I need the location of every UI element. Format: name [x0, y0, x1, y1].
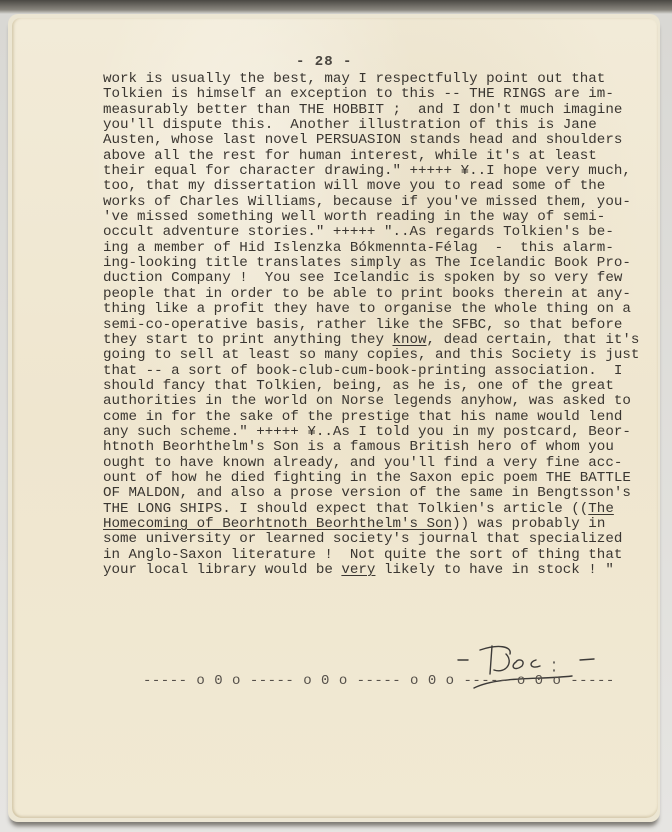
text-line: OF MALDON, and also a prose version of t… [103, 486, 643, 501]
text-line: any such scheme." +++++ ¥..As I told you… [103, 425, 643, 440]
text-segment: OF MALDON, and also a prose version of t… [103, 485, 631, 501]
text-segment: ought to have known already, and you'll … [103, 455, 622, 471]
text-line: some university or learned society's jou… [103, 532, 643, 547]
text-segment: above all the rest for human interest, w… [103, 148, 597, 164]
text-line: authorities in the world on Norse legend… [103, 394, 643, 409]
text-segment: thing like a profit they have to organis… [103, 301, 631, 317]
text-line: come in for the sake of the prestige tha… [103, 410, 643, 425]
text-line: going to sell at least so many copies, a… [103, 348, 643, 363]
text-line: should fancy that Tolkien, being, as he … [103, 379, 643, 394]
text-segment: come in for the sake of the prestige tha… [103, 409, 622, 425]
text-segment: going to sell at least so many copies, a… [103, 347, 639, 363]
text-segment: they start to print anything they [103, 332, 392, 348]
text-line: ount of how he died fighting in the Saxo… [103, 471, 643, 486]
text-segment: ing-looking title translates simply as T… [103, 255, 631, 271]
text-segment: Tolkien is himself an exception to this … [103, 86, 614, 102]
text-line: htnoth Beorhthelm's Son is a famous Brit… [103, 440, 643, 455]
text-line: they start to print anything they know, … [103, 333, 643, 348]
text-segment: htnoth Beorhthelm's Son is a famous Brit… [103, 439, 614, 455]
text-segment: any such scheme." +++++ ¥..As I told you… [103, 424, 631, 440]
text-line: Austen, whose last novel PERSUASION stan… [103, 133, 643, 148]
text-segment: people that in order to be able to print… [103, 286, 631, 302]
text-line: work is usually the best, may I respectf… [103, 72, 643, 87]
underlined-text: very [341, 562, 375, 578]
letter-body-text: work is usually the best, may I respectf… [103, 72, 643, 578]
text-segment: THE LONG SHIPS. I should expect that Tol… [103, 501, 588, 517]
text-segment: semi-co-operative basis, rather like the… [103, 317, 622, 333]
text-line: you'll dispute this. Another illustratio… [103, 118, 643, 133]
text-segment: their equal for character drawing." ++++… [103, 163, 631, 179]
text-segment: too, that my dissertation will move you … [103, 178, 605, 194]
underlined-text: The [588, 501, 614, 517]
underlined-text: Homecoming of Beorhtnoth Beorhthelm's So… [103, 516, 452, 532]
text-line: works of Charles Williams, because if yo… [103, 195, 643, 210]
text-line: people that in order to be able to print… [103, 287, 643, 302]
text-line: ought to have known already, and you'll … [103, 456, 643, 471]
text-segment: ing a member of Hid Islenzka Bókmennta-F… [103, 240, 614, 256]
text-line: semi-co-operative basis, rather like the… [103, 318, 643, 333]
text-line: thing like a profit they have to organis… [103, 302, 643, 317]
text-line: Tolkien is himself an exception to this … [103, 87, 643, 102]
text-line: ing-looking title translates simply as T… [103, 256, 643, 271]
text-segment: authorities in the world on Norse legend… [103, 393, 631, 409]
text-segment: Austen, whose last novel PERSUASION stan… [103, 132, 622, 148]
text-line: measurably better than THE HOBBIT ; and … [103, 103, 643, 118]
text-segment: works of Charles Williams, because if yo… [103, 194, 631, 210]
page-number: - 28 - [296, 54, 352, 70]
text-segment: measurably better than THE HOBBIT ; and … [103, 102, 622, 118]
text-segment: )) was probably in [452, 516, 605, 532]
text-line: in Anglo-Saxon literature ! Not quite th… [103, 548, 643, 563]
text-segment: occult adventure stories." +++++ "..As r… [103, 224, 614, 240]
text-line: occult adventure stories." +++++ "..As r… [103, 225, 643, 240]
text-segment: that -- a sort of book-club-cum-book-pri… [103, 363, 622, 379]
text-segment: some university or learned society's jou… [103, 531, 622, 547]
text-segment: in Anglo-Saxon literature ! Not quite th… [103, 547, 622, 563]
text-segment: work is usually the best, may I respectf… [103, 71, 605, 87]
text-segment: you'll dispute this. Another illustratio… [103, 117, 597, 133]
text-segment: , dead certain, that it's [427, 332, 640, 348]
text-segment: your local library would be [103, 562, 341, 578]
text-segment: ount of how he died fighting in the Saxo… [103, 470, 631, 486]
text-line: THE LONG SHIPS. I should expect that Tol… [103, 502, 643, 517]
text-line: duction Company ! You see Icelandic is s… [103, 271, 643, 286]
text-line: your local library would be very likely … [103, 563, 643, 578]
text-line: that -- a sort of book-club-cum-book-pri… [103, 364, 643, 379]
section-separator: ----- o 0 o ----- o 0 o ----- o 0 o ----… [143, 673, 615, 689]
text-line: ing a member of Hid Islenzka Bókmennta-F… [103, 241, 643, 256]
text-segment: should fancy that Tolkien, being, as he … [103, 378, 614, 394]
text-line: Homecoming of Beorhtnoth Beorhthelm's So… [103, 517, 643, 532]
underlined-text: know [392, 332, 426, 348]
text-line: their equal for character drawing." ++++… [103, 164, 643, 179]
text-line: above all the rest for human interest, w… [103, 149, 643, 164]
text-segment: 've missed something well worth reading … [103, 209, 605, 225]
text-line: 've missed something well worth reading … [103, 210, 643, 225]
text-segment: duction Company ! You see Icelandic is s… [103, 270, 622, 286]
text-line: too, that my dissertation will move you … [103, 179, 643, 194]
text-segment: likely to have in stock ! " [375, 562, 613, 578]
